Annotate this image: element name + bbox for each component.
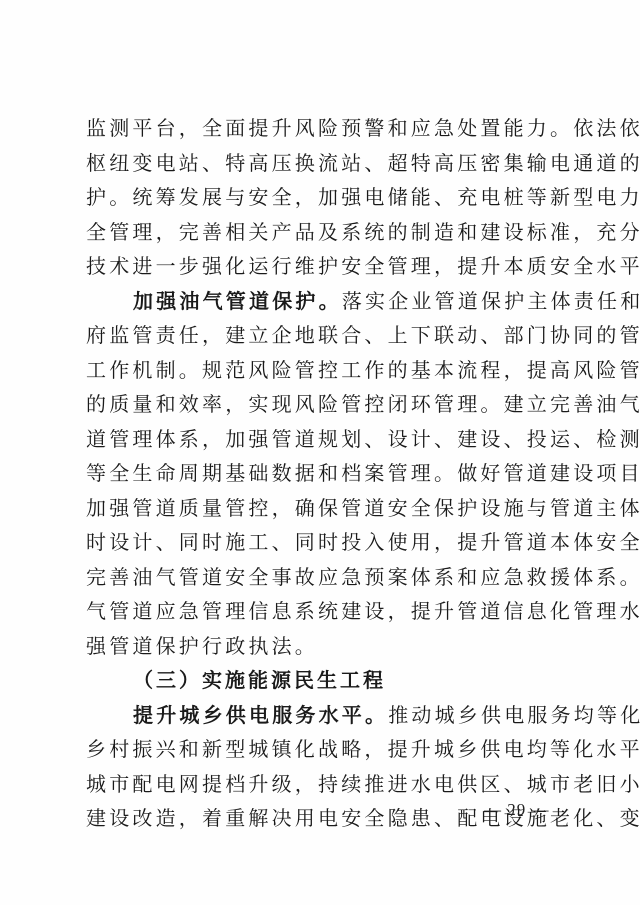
text-line: 气管道应急管理信息系统建设，提升管道信息化管理水平。加	[86, 594, 556, 629]
text-line: 全管理，完善相关产品及系统的制造和建设标准，充分利用新	[86, 215, 556, 250]
paragraph-power-first-line: 提升城乡供电服务水平。推动城乡供电服务均等化，结合	[86, 698, 556, 733]
text-line: 监测平台，全面提升风险预警和应急处置能力。依法依规加强	[86, 111, 556, 146]
text-line: 等全生命周期基础数据和档案管理。做好管道建设项目监管，	[86, 456, 556, 491]
section-heading: （三）实施能源民生工程	[86, 663, 556, 698]
text-line: 完善油气管道安全事故应急预案体系和应急救援体系。推进油	[86, 560, 556, 595]
paragraph-lead-power-supply: 提升城乡供电服务水平。	[133, 703, 388, 727]
text-line: 护。统筹发展与安全，加强电储能、充电桩等新型电力设施安	[86, 180, 556, 215]
text-line: 强管道保护行政执法。	[86, 629, 556, 664]
text-line: 技术进一步强化运行维护安全管理，提升本质安全水平。	[86, 249, 556, 284]
paragraph-pipeline-first-line: 加强油气管道保护。落实企业管道保护主体责任和地方政	[86, 284, 556, 319]
text-line: 道管理体系，加强管道规划、设计、建设、投运、检测、弃置	[86, 422, 556, 457]
page-number: — 29 —	[484, 800, 550, 820]
text-line: 加强管道质量管控，确保管道安全保护设施与管道主体工程同	[86, 491, 556, 526]
text-line: 枢纽变电站、特高压换流站、超特高压密集输电通道的安全保	[86, 146, 556, 181]
document-page: 监测平台，全面提升风险预警和应急处置能力。依法依规加强 枢纽变电站、特高压换流站…	[0, 0, 640, 905]
paragraph-lead-pipeline: 加强油气管道保护。	[133, 289, 342, 313]
text-line: 时设计、同时施工、同时投入使用，提升管道本体安全水平。	[86, 525, 556, 560]
text-line: 工作机制。规范风险管控工作的基本流程，提高风险管控工作	[86, 353, 556, 388]
text-line: 的质量和效率，实现风险管控闭环管理。建立完善油气输送管	[86, 387, 556, 422]
text-line: 城市配电网提档升级，持续推进水电供区、城市老旧小区电网	[86, 767, 556, 802]
text-line: 府监管责任，建立企地联合、上下联动、部门协同的管道保护	[86, 318, 556, 353]
text-span: 推动城乡供电服务均等化，结合	[388, 703, 640, 727]
text-line: 乡村振兴和新型城镇化战略，提升城乡供电均等化水平。加快	[86, 732, 556, 767]
body-text: 监测平台，全面提升风险预警和应急处置能力。依法依规加强 枢纽变电站、特高压换流站…	[86, 111, 556, 836]
text-span: 落实企业管道保护主体责任和地方政	[342, 289, 640, 313]
